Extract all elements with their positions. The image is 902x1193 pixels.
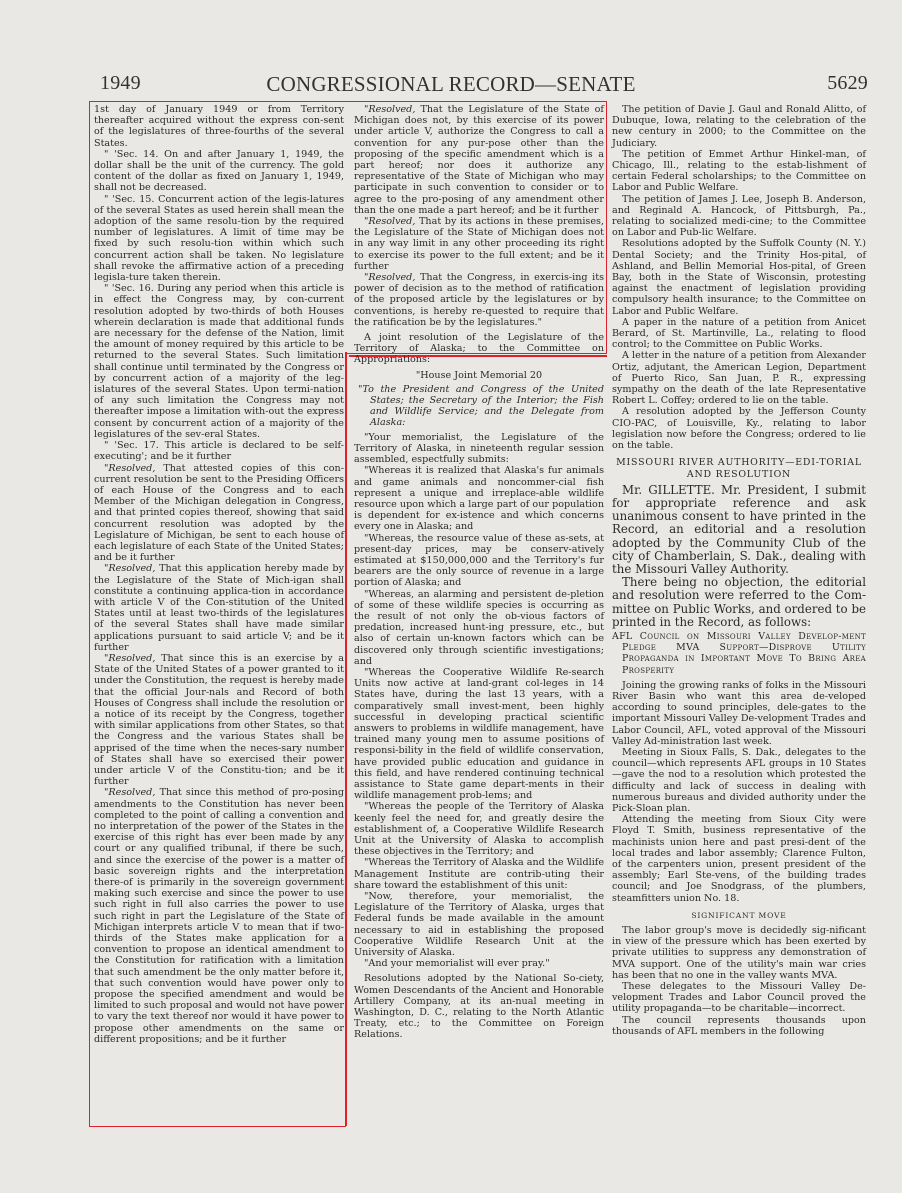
column-1: 1st day of January 1949 or from Territor… — [94, 104, 344, 1045]
paragraph-sec-17: " 'Sec. 17. This article is declared to … — [94, 440, 344, 462]
resolved-label: "Resolved, — [104, 787, 155, 798]
section-heading: MISSOURI RIVER AUTHORITY—EDI-TORIAL AND … — [612, 457, 866, 479]
article-paragraph: Joining the growing ranks of folks in th… — [612, 680, 866, 747]
paragraph-sec-16: " 'Sec. 16. During any period when this … — [94, 283, 344, 440]
article-paragraph: The council represents thousands upon th… — [612, 1015, 866, 1037]
header-title: CONGRESSIONAL RECORD—SENATE — [0, 72, 902, 97]
resolved-paragraph: "Resolved, That by its actions in these … — [354, 216, 604, 272]
resolved-paragraph: "Resolved, That this application hereby … — [94, 563, 344, 653]
memorial-paragraph: "Your memorialist, the Legislature of th… — [354, 432, 604, 466]
highlight-box-divider — [345, 352, 347, 1126]
paragraph: 1st day of January 1949 or from Territor… — [94, 104, 344, 149]
petition: The petition of Davie J. Gaul and Ronald… — [612, 104, 866, 149]
memorial-paragraph: "Whereas, the resource value of these as… — [354, 533, 604, 589]
resolved-label: "Resolved, — [104, 563, 155, 574]
header-page-number: 5629 — [827, 72, 868, 95]
petition: A letter in the nature of a petition fro… — [612, 350, 866, 406]
memorial-title: "House Joint Memorial 20 — [354, 370, 604, 381]
memorial-paragraph: "Whereas it is realized that Alaska's fu… — [354, 465, 604, 532]
memorial-paragraph: "Whereas the Cooperative Wildlife Re-sea… — [354, 667, 604, 801]
resolved-paragraph: "Resolved, That the Congress, in exercis… — [354, 272, 604, 328]
article-paragraph: These delegates to the Missouri Valley D… — [612, 981, 866, 1015]
memorial-address: "To the President and Congress of the Un… — [354, 384, 604, 429]
article-paragraph: Meeting in Sioux Falls, S. Dak., delegat… — [612, 747, 866, 814]
petition: Resolutions adopted by the Suffolk Count… — [612, 238, 866, 316]
memorial-paragraph: "Whereas, an alarming and persistent de-… — [354, 589, 604, 667]
memorial-paragraph: "And your memorialist will ever pray." — [354, 958, 604, 969]
resolved-paragraph: "Resolved, That attested copies of this … — [94, 463, 344, 564]
no-objection-paragraph: There being no objection, the editorial … — [612, 576, 866, 629]
page-header: 1949 CONGRESSIONAL RECORD—SENATE 5629 — [0, 72, 902, 102]
resolved-paragraph: "Resolved, That the Legislature of the S… — [354, 104, 604, 216]
article-heading: AFL Council on Missouri Valley Develop-m… — [612, 631, 866, 676]
petition: The petition of James J. Lee, Joseph B. … — [612, 194, 866, 239]
alaska-intro: A joint resolution of the Legislature of… — [354, 332, 604, 366]
resolved-paragraph: "Resolved, That since this is an exercis… — [94, 653, 344, 787]
subheading: SIGNIFICANT MOVE — [612, 910, 866, 921]
resolved-label: "Resolved, — [104, 653, 155, 664]
memorial-paragraph: "Now, therefore, your memorialist, the L… — [354, 891, 604, 958]
gillette-speech: Mr. GILLETTE. Mr. President, I submit fo… — [612, 484, 866, 576]
resolved-paragraph: "Resolved, That since this method of pro… — [94, 787, 344, 1045]
memorial-paragraph: "Whereas the people of the Territory of … — [354, 801, 604, 857]
article-paragraph: The labor group's move is decidedly sig-… — [612, 925, 866, 981]
petition: A resolution adopted by the Jefferson Co… — [612, 406, 866, 451]
petition: A paper in the nature of a petition from… — [612, 317, 866, 351]
petition: The petition of Emmet Arthur Hinkel-man,… — [612, 149, 866, 194]
resolved-label: "Resolved, — [104, 463, 155, 474]
paragraph-sec-14: " 'Sec. 14. On and after January 1, 1949… — [94, 149, 344, 194]
article-paragraph: Attending the meeting from Sioux City we… — [612, 814, 866, 904]
paragraph-sec-15: " 'Sec. 15. Concurrent action of the leg… — [94, 194, 344, 284]
column-3: The petition of Davie J. Gaul and Ronald… — [612, 104, 866, 1037]
column-2: "Resolved, That the Legislature of the S… — [354, 104, 604, 1041]
memorial-paragraph: "Whereas the Territory of Alaska and the… — [354, 857, 604, 891]
closing-paragraph: Resolutions adopted by the National So-c… — [354, 973, 604, 1040]
